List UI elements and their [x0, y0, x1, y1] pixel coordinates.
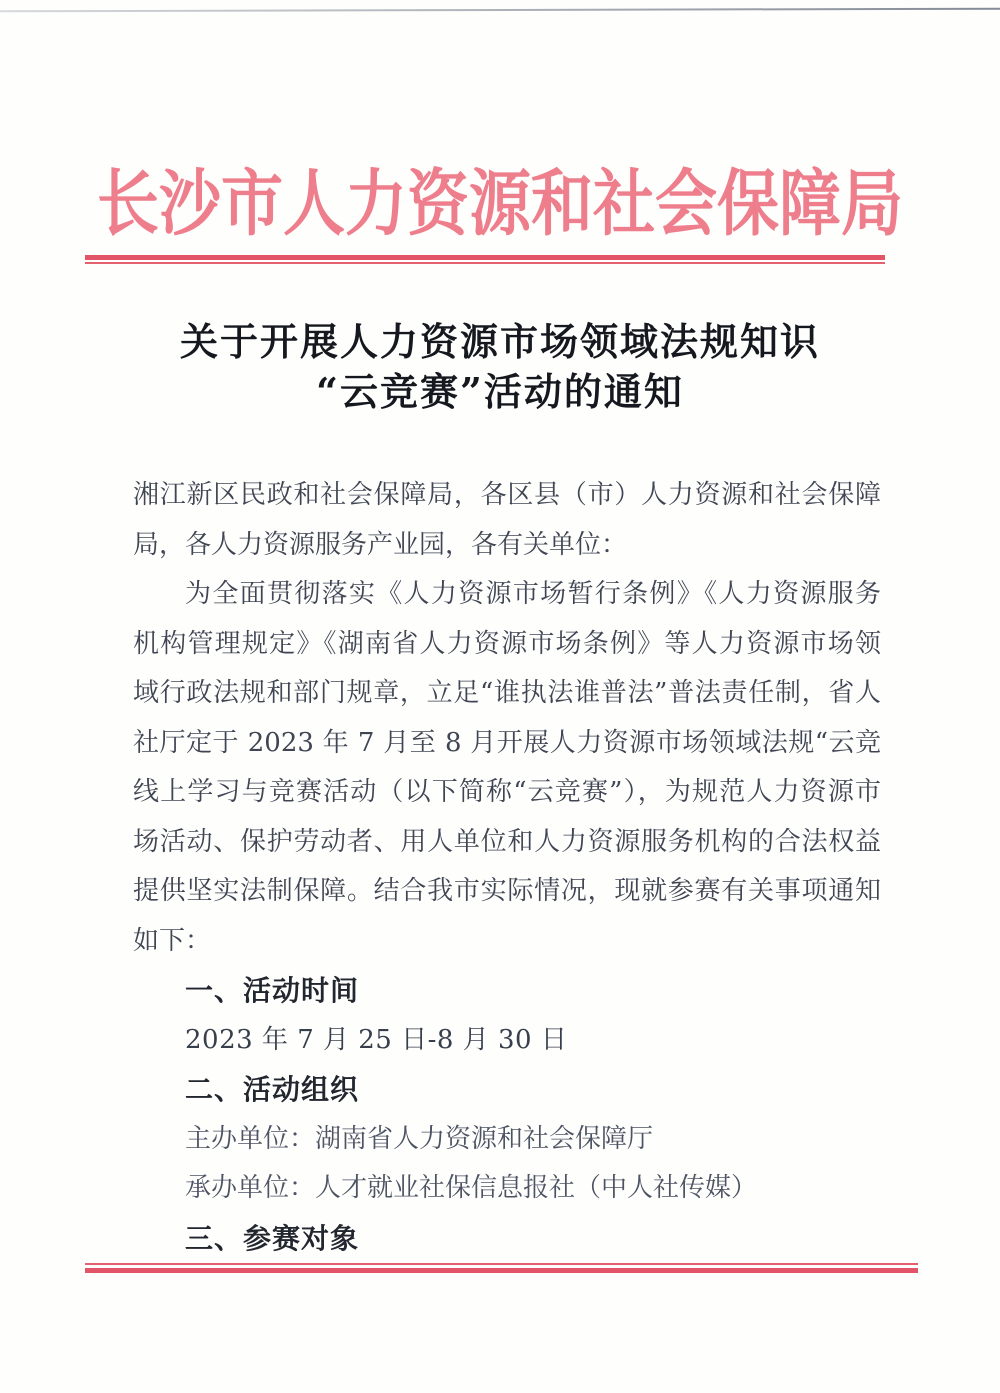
body-paragraph-line: 域行政法规和部门规章，立足“谁执法谁普法”普法责任制，省人	[133, 669, 881, 719]
document-body: 湘江新区民政和社会保障局，各区县（市）人力资源和社会保障 局，各人力资源服务产业…	[133, 471, 881, 1263]
scanned-document-page: 长沙市人力资源和社会保障局 关于开展人力资源市场领域法规知识 “云竞赛”活动的通…	[0, 0, 1000, 1393]
document-title: 关于开展人力资源市场领域法规知识 “云竞赛”活动的通知	[0, 317, 1000, 417]
salutation-line: 局，各人力资源服务产业园，各有关单位：	[133, 521, 881, 571]
red-separator-bottom	[85, 1263, 918, 1273]
body-paragraph-line: 社厅定于 2023 年 7 月至 8 月开展人力资源市场领域法规“云竞赛”	[133, 719, 881, 769]
document-title-line2: “云竞赛”活动的通知	[0, 367, 1000, 417]
salutation-line: 湘江新区民政和社会保障局，各区县（市）人力资源和社会保障	[133, 471, 881, 521]
activity-date: 2023 年 7 月 25 日-8 月 30 日	[133, 1016, 881, 1066]
body-paragraph-line: 线上学习与竞赛活动（以下简称“云竞赛”），为规范人力资源市	[133, 768, 881, 818]
document-title-line1: 关于开展人力资源市场领域法规知识	[0, 317, 1000, 367]
red-separator-top	[85, 255, 885, 264]
organizer-line: 主办单位：湖南省人力资源和社会保障厅	[133, 1115, 881, 1165]
heading-activity-time: 一、活动时间	[133, 966, 881, 1016]
heading-activity-organization: 二、活动组织	[133, 1065, 881, 1115]
body-paragraph-line: 机构管理规定》《湖南省人力资源市场条例》等人力资源市场领	[133, 620, 881, 670]
scan-artifact-line	[0, 8, 1000, 13]
undertaker-line: 承办单位：人才就业社保信息报社（中人社传媒）	[133, 1164, 881, 1214]
body-paragraph-line: 提供坚实法制保障。结合我市实际情况，现就参赛有关事项通知	[133, 867, 881, 917]
body-paragraph-line: 为全面贯彻落实《人力资源市场暂行条例》《人力资源服务	[133, 570, 881, 620]
agency-masthead: 长沙市人力资源和社会保障局	[0, 146, 1000, 249]
body-paragraph-line: 场活动、保护劳动者、用人单位和人力资源服务机构的合法权益	[133, 818, 881, 868]
body-paragraph-line: 如下：	[133, 917, 881, 967]
heading-participants: 三、参赛对象	[133, 1214, 881, 1264]
